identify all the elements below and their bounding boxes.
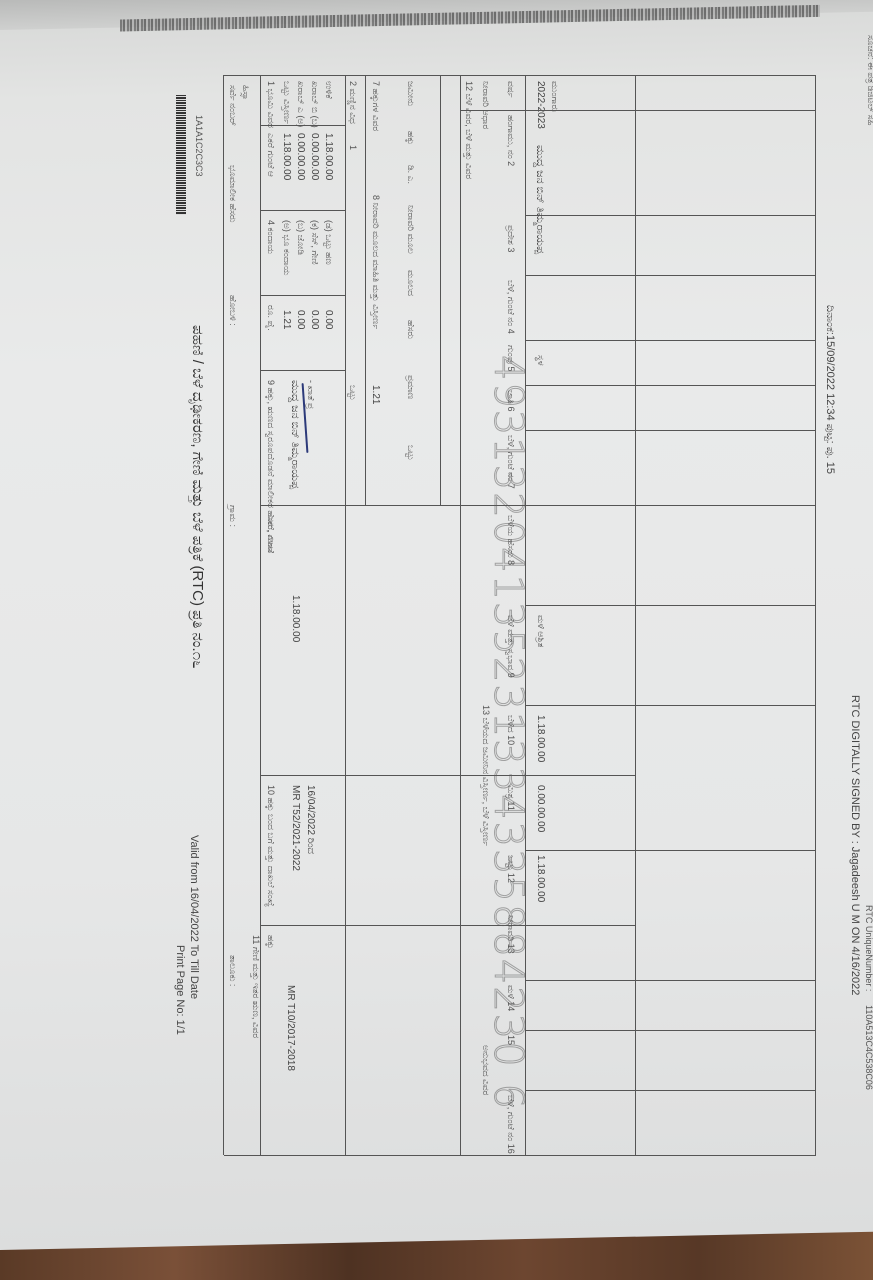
section-1-label: 1 ಭೂಮಿ ವಿವರ <box>265 81 276 128</box>
col-divider <box>526 340 816 341</box>
land-type: (ಬ) ಜೋಡಿ <box>295 220 306 255</box>
subcol-label: ಹಕ್ಕು <box>405 131 416 145</box>
col-divider <box>261 295 346 296</box>
col8-header: 8 ನೀರಾವರಿ ಮೂಲದ ಮಾಹಿತಿ ಮತ್ತು ವಿಸ್ತೀರ್ಣ <box>370 195 381 329</box>
area-remaining: 1.18.00.00 <box>323 133 334 180</box>
subcol-label: ಒಟ್ಟು <box>405 445 416 460</box>
hissa-label: ಹಿಸ್ಸಾ <box>240 85 251 100</box>
col-divider <box>526 980 816 981</box>
document-title: ಪಹಣಿ / ಬೆಳೆ ದೃಢೀಕರಣ, ಗೇಣಿ ಮತ್ತು ಬೆಳೆ ಪತ್… <box>189 325 206 669</box>
hobli-label: ಹೋಬಳಿ : <box>227 295 238 326</box>
row-divider <box>365 75 366 505</box>
owner-name: ಮುದ್ದ ಜನ ಬಿನ್ ತಿಮ್ಮರಾಯಪ್ಪ <box>288 380 301 489</box>
revenue-value: 0.00 <box>323 310 334 329</box>
subcol-label: ಹೆಸರು <box>405 320 416 339</box>
col10-date: 16/04/2022 ರಿಂದ <box>305 785 316 854</box>
col-divider <box>261 925 636 926</box>
col-divider <box>526 1030 816 1031</box>
owner-label: ಭೂಮಾಲೀಕ ಹೆಸರು <box>227 165 238 223</box>
revenue-header: ರೂ. ಪೈ. <box>265 305 276 331</box>
village-label: ಗ್ರಾಮ : <box>227 505 238 527</box>
col-3: ಪ್ರದೇಶ 3 <box>505 225 516 252</box>
table-border-right <box>224 1155 816 1156</box>
section-12-sub: ನೀರಾವರಿ ಆಧಾರ <box>480 81 491 129</box>
col-divider <box>526 605 816 606</box>
land-type: (ಡ) ಒಟ್ಟು ಹಣ <box>323 220 334 265</box>
owner-note: - ಖಾತೆ ಪ್ರ <box>305 380 316 409</box>
area-row-label: ಖರಾಬ್ ಬಿ (ಬ) <box>309 81 320 128</box>
col-divider <box>461 110 816 111</box>
col11-header: 11 ಗೇಣಿ ಮತ್ತು ಇತರ ಋಣ, ವಿವರ <box>250 935 261 1038</box>
section-1-col3: ಎಕರೆ ಗುಂಟೆ ಆ <box>265 133 276 177</box>
area-kharab-a: 0.00.00.00 <box>295 133 306 180</box>
section-2-total: ಒಟ್ಟು <box>347 385 358 400</box>
crop-row-year: 2022-2023 <box>535 81 546 129</box>
col11-value: MR T10/2017-2018 <box>285 985 296 1071</box>
col-divider <box>526 705 816 706</box>
crop-row-crop: ಸ್ಥಳ <box>535 355 546 366</box>
crop-row-irrigation: ಮಳೆ ಆಶ್ರಿತ <box>535 615 546 647</box>
crop-row-val-11: 0.00.00.00 <box>535 785 546 832</box>
valid-from: Valid from 16/04/2022 To Till Date <box>188 835 200 999</box>
row-divider <box>440 75 441 505</box>
section-1-col4: 4 ಕಂದಾಯ <box>265 220 276 254</box>
rtc-document: 1A1A1C2C3C3 ಪಹಣಿ / ಬೆಳೆ ದೃಢೀಕರಣ, ಗೇಣಿ ಮತ… <box>96 55 836 1205</box>
footer-line-1: ಸೂಚನೆ: ಈ ಪತ್ರ ಡಿಜಿಟಲ್ ಸಹಿ <box>865 35 873 126</box>
section-2-value: 1 <box>348 145 358 150</box>
crop-row-season: ಮುಂಗಾರು <box>549 81 560 112</box>
row-divider <box>635 75 636 1155</box>
row-divider <box>345 75 346 1155</box>
section-2-total-value: 1.21 <box>370 385 381 404</box>
col-2: ಹಂಗಾಮು, ನಂ 2 <box>505 115 516 166</box>
print-page-no: Print Page No: 1/1 <box>174 945 186 1035</box>
unique-value: 110A513C4C538C06 <box>864 1005 873 1090</box>
col-divider <box>526 1090 816 1091</box>
crop-row-val-10: 1.18.00.00 <box>535 715 546 762</box>
col-divider <box>261 775 636 776</box>
col-divider <box>526 385 816 386</box>
col-divider <box>526 275 816 276</box>
revenue-value: 0.00 <box>309 310 320 329</box>
col-year: ವರ್ಷ <box>505 81 516 98</box>
area-kharab-b: 0.00.00.00 <box>309 133 320 180</box>
land-type: (ಅ) ಭೂ ಕಂದಾಯ <box>281 220 292 275</box>
section-2-label: 2 ಮಣ್ಣಿನ ವಿಧ <box>347 81 358 124</box>
survey-label: ಸರ್ವೆ ನಂಬರ್ <box>227 85 238 126</box>
col10-value: MR T52/2021-2022 <box>290 785 301 871</box>
document-barcode <box>176 95 186 215</box>
table-border-left <box>224 75 816 76</box>
subcol-label: ಮೂಲದ <box>405 270 416 296</box>
land-type: (ಕ) ಸೆಸ್, ಗೇಣಿ <box>309 220 320 265</box>
subcol-label: ಪ್ರಮಾಣ <box>405 375 416 399</box>
taluk-label: ತಾಲೂಕು : <box>227 955 238 986</box>
subcol-label: ಜಮೀನು <box>405 81 416 106</box>
col-divider <box>526 430 816 431</box>
col11-sub: ಹಕ್ಕು <box>265 935 276 949</box>
col10-header: 10 ಹಕ್ಕು ಬಂದ ಬಗೆ ಮತ್ತು ದಾಖಲೆ ಸಂಖ್ಯೆ <box>265 785 276 907</box>
print-date: ದಿನಾಂಕ:15/09/2022 12:34 ಪುಟ್ಟ: ಪು. 15 <box>823 305 836 474</box>
col-divider <box>526 215 816 216</box>
table-border-bottom <box>815 75 816 1155</box>
signed-by: RTC DIGITALLY SIGNED BY : Jagadeesh U M … <box>849 695 861 995</box>
revenue-value: 0.00 <box>295 310 306 329</box>
revenue-value: 1.21 <box>281 310 292 329</box>
barcode-text: 1A1A1C2C3C3 <box>194 115 204 177</box>
subcol-label: ಡಿ. ಎ. <box>405 165 416 184</box>
section-12-label: 12 ಬೆಳೆ ವಿವರ, ಬೆಳೆ ಮತ್ತು ವಿವರ <box>463 81 474 179</box>
col7-header: 7 ಹಕ್ಕುಗಳ ವಿವರ <box>370 81 381 131</box>
area-total: 1.18.00.00 <box>281 133 292 180</box>
crop-row-val-12: 1.18.00.00 <box>535 855 546 902</box>
watermark-number: 49313204135231334335884230 6 <box>485 355 531 1111</box>
col-divider <box>526 850 816 851</box>
row-divider <box>460 75 461 1155</box>
area-row-label: ಖರಾಬ್ ಎ (ಅ) <box>295 81 306 127</box>
subcol-label: ನೀರಾವರಿ ಮೂಲ <box>405 205 416 254</box>
owner-area-header: ಎಕರೆ, ಗುಂಟೆ <box>265 515 276 553</box>
col-divider <box>261 210 346 211</box>
unique-label: RTC UniqueNumber : <box>864 905 873 991</box>
col-4: ಬೆಳೆ, ಗುಂಟೆ ನಂ 4 <box>505 280 516 334</box>
col-divider <box>261 505 816 506</box>
area-row-label: ಉಳಿಕೆ <box>323 81 334 99</box>
crop-row-owner: ಮುದ್ದ ಜನ ಬಿನ್ ತಿಮ್ಮರಾಯಪ್ಪ <box>533 145 546 254</box>
area-row-label: ಒಟ್ಟು ವಿಸ್ತೀರ್ಣ <box>281 81 292 124</box>
col-divider <box>261 370 346 371</box>
owner-area-value: 1.18.00.00 <box>290 595 301 642</box>
table-border-top <box>223 75 224 1155</box>
